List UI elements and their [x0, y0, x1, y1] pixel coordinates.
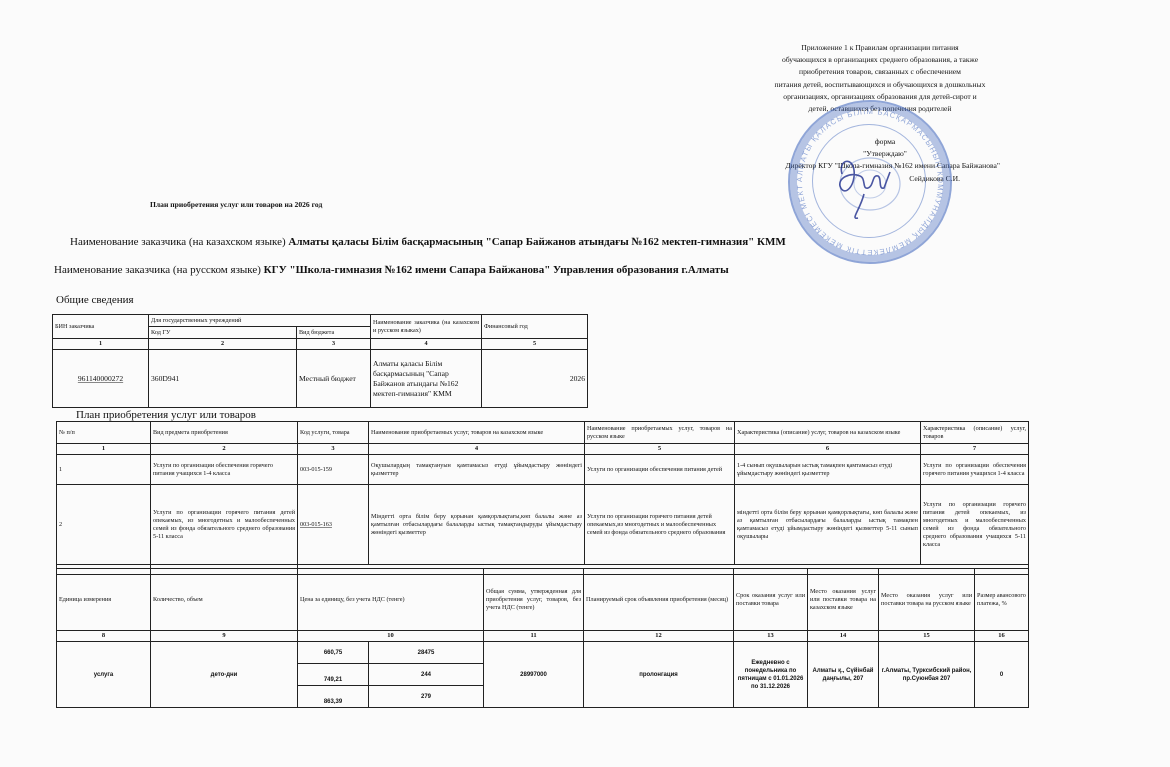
col-number: 6 — [735, 444, 921, 455]
row-name-ru: Услуги по организации горячего питания д… — [585, 485, 735, 565]
advance-value: 0 — [975, 642, 1029, 708]
row-desc-kz: 1-4 сынып оқушыларын ыстық тамақпен қамт… — [735, 455, 921, 485]
header-desc-ru: Характеристика (описание) услуг, товаров — [921, 422, 1029, 444]
price-value: 749,21 — [298, 664, 369, 686]
delivery-term-value: Ежедневно с понедельника по пятницам с 0… — [734, 642, 808, 708]
col-number: 16 — [975, 631, 1029, 642]
plan-section-title: План приобретения услуг или товаров — [76, 409, 256, 421]
header-code: Код услуги, товара — [298, 422, 369, 444]
col-number: 3 — [298, 444, 369, 455]
plan-title: План приобретения услуг или товаров на 2… — [150, 200, 322, 209]
header-place-kz: Место оказания услуг или поставки товара… — [808, 569, 879, 631]
place-kz-value: Алматы қ., Сүйінбай даңғылы, 207 — [808, 642, 879, 708]
budget-type-value: Местный бюджет — [297, 350, 371, 408]
header-budget-type: Вид бюджета — [297, 327, 371, 339]
row-name-kz: Оқушылардың тамақтануын қамтамасыз етуді… — [369, 455, 585, 485]
col-number: 3 — [297, 339, 371, 350]
price-qty-value: 28475 — [369, 642, 484, 664]
col-number: 9 — [151, 631, 298, 642]
price-value: 660,75 — [298, 642, 369, 664]
row-code: 003-015-163 — [298, 485, 369, 565]
header-quantity: Количество, объем — [151, 569, 298, 631]
customer-kz-value: Алматы қаласы Білім басқармасының "Сапар… — [288, 236, 785, 248]
table-row: 1 Услуги по организации обеспечения горя… — [57, 455, 1029, 485]
appendix-line: детей, оставшихся без попечения родителе… — [735, 103, 1025, 115]
signatory-name: Сейдикова С.И. — [750, 173, 1020, 185]
customer-name-value: Алматы қаласы Білім басқармасының "Сапар… — [371, 350, 482, 408]
table-row: услуга дето-дни 660,75 28475 28997000 пр… — [57, 642, 1029, 664]
col-number: 4 — [369, 444, 585, 455]
header-kind: Вид предмета приобретения — [151, 422, 298, 444]
header-customer-name: Наименование заказчика (на казахском и р… — [371, 315, 482, 339]
appendix-line: питания детей, воспитывающихся и обучающ… — [735, 79, 1025, 91]
price-qty-value: 279 — [369, 686, 484, 708]
price-value: 863,39 — [298, 686, 369, 708]
col-number: 4 — [371, 339, 482, 350]
header-name-kz: Наименование приобретаемых услуг, товаро… — [369, 422, 585, 444]
plan-details-table: Единица измерения Количество, объем Цена… — [56, 568, 1029, 708]
col-number: 14 — [808, 631, 879, 642]
col-number: 2 — [151, 444, 298, 455]
fin-year-value: 2026 — [482, 350, 588, 408]
col-number: 1 — [57, 444, 151, 455]
row-name-ru: Услуги по организации обеспечения питани… — [585, 455, 735, 485]
unit-value: услуга — [57, 642, 151, 708]
col-number: 10 — [298, 631, 484, 642]
appendix-note: Приложение 1 к Правилам организации пита… — [735, 42, 1025, 115]
row-desc-ru: Услуги по организации обеспечения горяче… — [921, 455, 1029, 485]
header-desc-kz: Характеристика (описание) услуг, товаров… — [735, 422, 921, 444]
row-desc-ru: Услуги по организации горячего питания д… — [921, 485, 1029, 565]
appendix-line: Приложение 1 к Правилам организации пита… — [735, 42, 1025, 54]
header-name-ru: Наименование приобретаемых услуг, товаро… — [585, 422, 735, 444]
customer-ru-value: КГУ "Школа-гимназия №162 имени Сапара Ба… — [264, 264, 729, 276]
header-total: Общая сумма, утвержденная для приобретен… — [484, 569, 584, 631]
approved-label: "Утверждаю" — [750, 148, 1020, 160]
header-delivery-term: Срок оказания услуг или поставки товара — [734, 569, 808, 631]
col-number: 8 — [57, 631, 151, 642]
appendix-line: организациях, организациях образования д… — [735, 91, 1025, 103]
header-fin-year: Финансовый год — [482, 315, 588, 339]
col-number: 13 — [734, 631, 808, 642]
col-number: 1 — [53, 339, 149, 350]
approval-block: форма "Утверждаю" Директор КГУ "Школа-ги… — [750, 136, 1020, 185]
row-desc-kz: міндетті орта білім беру қорынан қамқорл… — [735, 485, 921, 565]
director-line: Директор КГУ "Школа-гимназия №162 имени … — [750, 160, 1020, 172]
header-advance: Размер авансового платежа, % — [975, 569, 1029, 631]
table-row: 2 Услуги по организации горячего питания… — [57, 485, 1029, 565]
col-number: 5 — [482, 339, 588, 350]
plan-items-table: № п/п Вид предмета приобретения Код услу… — [56, 421, 1029, 575]
customer-ru-label: Наименование заказчика (на русском языке… — [54, 264, 261, 276]
header-planned-term: Планируемый срок объявления приобретения… — [584, 569, 734, 631]
place-ru-value: г.Алматы, Турксибский район, пр.Суюнбая … — [879, 642, 975, 708]
header-num: № п/п — [57, 422, 151, 444]
col-number: 2 — [149, 339, 297, 350]
bin-value: 961140000272 — [53, 350, 149, 408]
customer-name-kz: Наименование заказчика (на казахском язы… — [70, 236, 786, 248]
total-value: 28997000 — [484, 642, 584, 708]
row-name-kz: Міндетті орта білім беру қорынан қамқорл… — [369, 485, 585, 565]
row-num: 1 — [57, 455, 151, 485]
header-price: Цена за единицу, без учета НДС (тенге) — [298, 569, 484, 631]
header-bin: БИН заказчика — [53, 315, 149, 339]
customer-kz-label: Наименование заказчика (на казахском язы… — [70, 236, 286, 248]
row-num: 2 — [57, 485, 151, 565]
header-gov: Для государственных учреждений — [149, 315, 371, 327]
col-number: 11 — [484, 631, 584, 642]
row-code: 003-015-159 — [298, 455, 369, 485]
col-number: 7 — [921, 444, 1029, 455]
gu-code-value: 360D941 — [149, 350, 297, 408]
general-info-table: БИН заказчика Для государственных учрежд… — [52, 314, 588, 408]
general-section-title: Общие сведения — [56, 294, 134, 306]
appendix-line: приобретения товаров, связанных с обеспе… — [735, 66, 1025, 78]
appendix-line: обучающихся в организациях среднего обра… — [735, 54, 1025, 66]
header-gu-code: Код ГУ — [149, 327, 297, 339]
row-kind: Услуги по организации горячего питания д… — [151, 485, 298, 565]
header-unit: Единица измерения — [57, 569, 151, 631]
form-label: форма — [750, 136, 1020, 148]
planned-term-value: пролонгация — [584, 642, 734, 708]
price-qty-value: 244 — [369, 664, 484, 686]
col-number: 5 — [585, 444, 735, 455]
header-place-ru: Место оказания услуг или поставки товара… — [879, 569, 975, 631]
customer-name-ru: Наименование заказчика (на русском языке… — [54, 264, 729, 276]
row-kind: Услуги по организации обеспечения горяче… — [151, 455, 298, 485]
quantity-value: дето-дни — [151, 642, 298, 708]
col-number: 12 — [584, 631, 734, 642]
col-number: 15 — [879, 631, 975, 642]
